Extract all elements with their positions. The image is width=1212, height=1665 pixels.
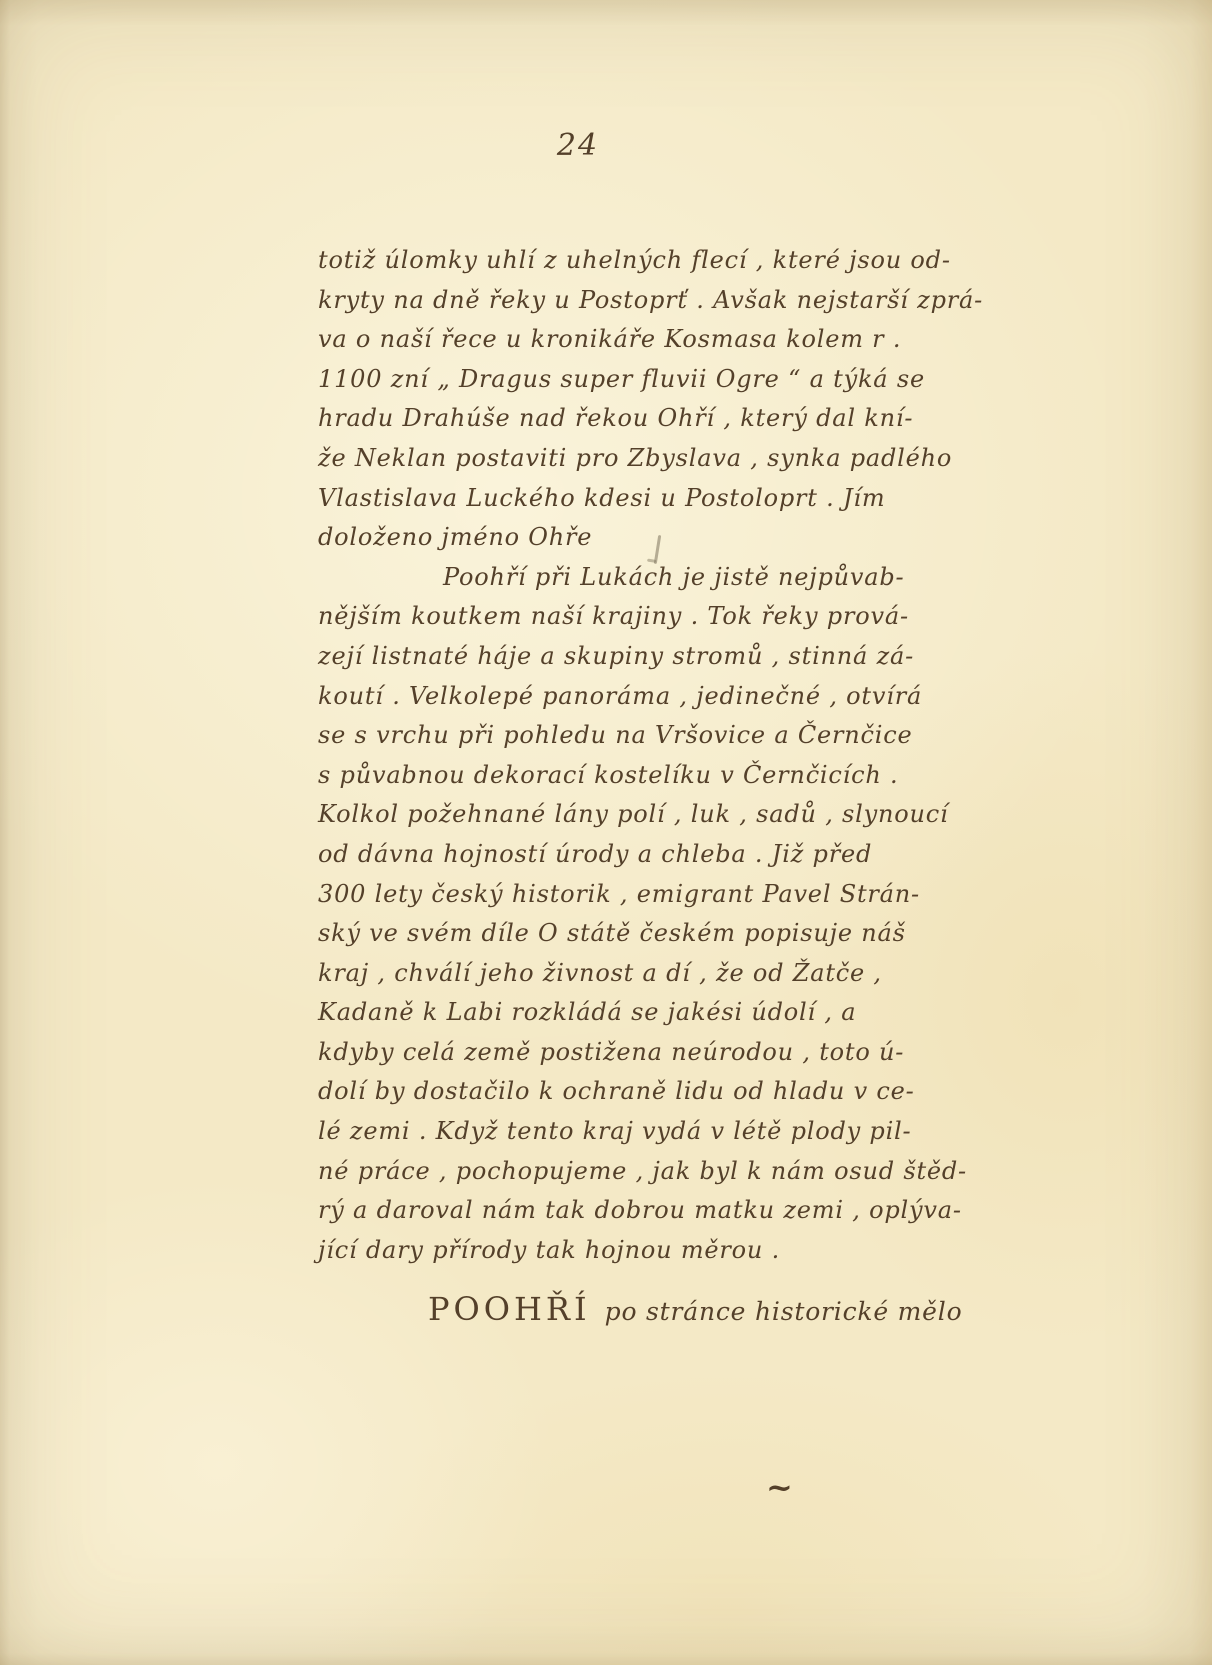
manuscript-line: kdyby celá země postižena neúrodou , tot… <box>318 1033 998 1073</box>
manuscript-line: 300 lety český historik , emigrant Pavel… <box>318 875 998 915</box>
manuscript-page: 24 totiž úlomky uhlí z uhelných flecí , … <box>0 0 1212 1665</box>
manuscript-line: totiž úlomky uhlí z uhelných flecí , kte… <box>318 241 998 281</box>
page-number: 24 <box>538 128 618 163</box>
closing-lead-word: POOHŘÍ <box>428 1290 591 1328</box>
closing-line: POOHŘÍpo stránce historické mělo <box>428 1290 962 1328</box>
manuscript-line: Poohří při Lukách je jistě nejpůvab- <box>318 558 998 598</box>
manuscript-line: se s vrchu při pohledu na Vršovice a Čer… <box>318 716 998 756</box>
manuscript-line: Kolkol požehnané lány polí , luk , sadů … <box>318 795 998 835</box>
manuscript-line: nějším koutkem naší krajiny . Tok řeky p… <box>318 597 998 637</box>
manuscript-line: Kadaně k Labi rozkládá se jakési údolí ,… <box>318 993 998 1033</box>
manuscript-line: koutí . Velkolepé panoráma , jedinečné ,… <box>318 677 998 717</box>
manuscript-line: že Neklan postaviti pro Zbyslava , synka… <box>318 439 998 479</box>
manuscript-line: Vlastislava Luckého kdesi u Postoloprt .… <box>318 479 998 519</box>
manuscript-line: ský ve svém díle O státě českém popisuje… <box>318 914 998 954</box>
manuscript-line: rý a daroval nám tak dobrou matku zemi ,… <box>318 1191 998 1231</box>
manuscript-line: kraj , chválí jeho živnost a dí , že od … <box>318 954 998 994</box>
manuscript-line: 1100 zní „ Dragus super fluvii Ogre “ a … <box>318 360 998 400</box>
manuscript-line: kryty na dně řeky u Postoprť . Avšak nej… <box>318 281 998 321</box>
manuscript-line: jící dary přírody tak hojnou měrou . <box>318 1231 998 1271</box>
manuscript-line: né práce , pochopujeme , jak byl k nám o… <box>318 1152 998 1192</box>
manuscript-line: va o naší řece u kronikáře Kosmasa kolem… <box>318 320 998 360</box>
manuscript-line: lé zemi . Když tento kraj vydá v létě pl… <box>318 1112 998 1152</box>
manuscript-line: dolí by dostačilo k ochraně lidu od hlad… <box>318 1072 998 1112</box>
tilde-end-mark: ~ <box>766 1468 793 1506</box>
manuscript-line: hradu Drahúše nad řekou Ohří , který dal… <box>318 399 998 439</box>
manuscript-line: s půvabnou dekorací kostelíku v Černčicí… <box>318 756 998 796</box>
closing-rest-text: po stránce historické mělo <box>591 1297 963 1326</box>
manuscript-line: od dávna hojností úrody a chleba . Již p… <box>318 835 998 875</box>
manuscript-line: zejí listnaté háje a skupiny stromů , st… <box>318 637 998 677</box>
manuscript-lines: totiž úlomky uhlí z uhelných flecí , kte… <box>318 241 998 1270</box>
